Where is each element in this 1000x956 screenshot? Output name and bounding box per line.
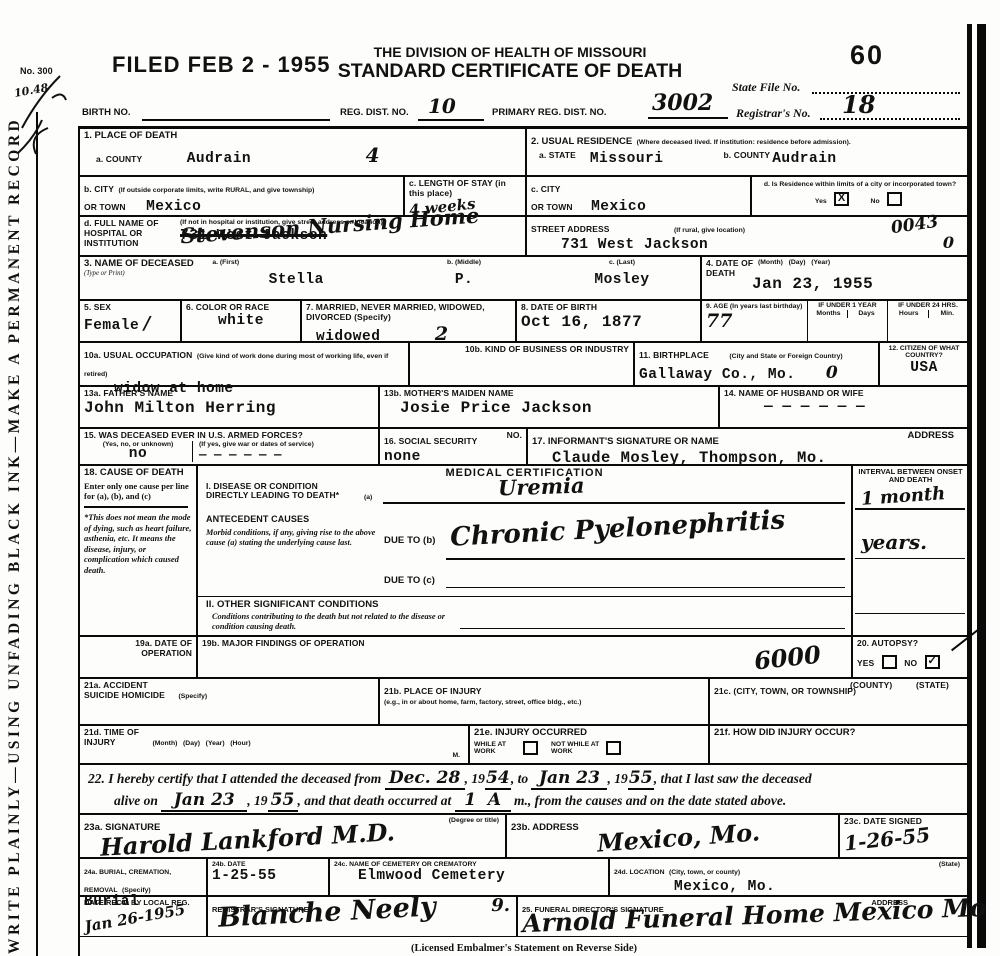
burial-location-cell: 24d. LOCATION (City, town, or county) (S… (610, 859, 968, 895)
primary-reg-label: PRIMARY REG. DIST. NO. (492, 108, 607, 119)
sex-mark-handwriting: / (144, 313, 151, 334)
row-16: DATE REC'D BY LOCAL REG. Jan 26-1955 REG… (80, 897, 968, 937)
certify-yr3: , 19 (247, 793, 267, 808)
accident-note: (Specify) (178, 693, 207, 700)
funeral-director-cell: 25. FUNERAL DIRECTOR'S SIGNATURE ADDRESS… (518, 897, 968, 936)
interval-a-line (855, 508, 965, 510)
certify-p4: alive on (114, 793, 158, 808)
due-to-c-tag: DUE TO (c) (384, 576, 435, 587)
registrar-signature-cell: REGISTRAR'S SIGNATURE Blanche Neely 9. (208, 897, 518, 936)
burial-location-label: 24d. LOCATION (614, 869, 664, 876)
citizen-cell: 12. CITIZEN OF WHAT COUNTRY? USA (880, 343, 968, 385)
row-1: 1. PLACE OF DEATH a. COUNTY Audrain 4 2.… (80, 129, 968, 177)
embalmer-statement: (Licensed Embalmer's Statement on Revers… (411, 943, 637, 954)
age-label: 9. AGE (In years last birthday) (706, 303, 803, 310)
time-of-injury-label: 21d. TIME OF INJURY (84, 728, 148, 748)
certify-yr2: , 19 (607, 771, 627, 786)
county-label: a. COUNTY (96, 154, 142, 164)
citizen-value: USA (884, 360, 964, 376)
certify-alive-year-handwriting: 55 (268, 790, 298, 812)
cemetery-value: Elmwood Cemetery (358, 868, 604, 884)
certification-statement: 22. I hereby certify that I attended the… (80, 765, 968, 815)
marital-code-handwriting: 2 (435, 323, 448, 345)
age-value-handwriting: 77 (706, 310, 732, 332)
state-file-line (812, 78, 960, 94)
injury-occurred-label: 21e. INJURY OCCURRED (474, 728, 704, 739)
certify-alive-handwriting: Jan 23 (161, 790, 247, 812)
place-of-death-county-cell: 1. PLACE OF DEATH a. COUNTY Audrain 4 (80, 129, 527, 175)
major-findings-label: 19b. MAJOR FINDINGS OF OPERATION (202, 639, 847, 649)
accident-suicide-homicide-cell: 21a. ACCIDENT SUICIDE HOMICIDE (Specify) (80, 679, 380, 724)
certificate-form: 1. PLACE OF DEATH a. COUNTY Audrain 4 2.… (78, 126, 968, 956)
disease-a-line (383, 502, 845, 504)
last-name-label: c. (Last) (548, 259, 696, 266)
burial-location-note: (City, town, or county) (669, 869, 740, 876)
place-city-note: (If outside corporate limits, write RURA… (118, 187, 314, 194)
race-label: 6. COLOR OR RACE (186, 303, 296, 313)
hours-label: Hours (890, 310, 929, 317)
margin-scribble-handwriting (8, 58, 78, 168)
middle-name-label: b. (Middle) (380, 259, 548, 266)
min-label: Min. (929, 310, 967, 317)
certify-p6: m., from the causes and on the date stat… (514, 793, 786, 808)
issuing-org: THE DIVISION OF HEALTH OF MISSOURI (300, 44, 720, 60)
cause-title: 18. CAUSE OF DEATH (84, 468, 192, 479)
morbid-note: Morbid conditions, if any, giving rise t… (206, 528, 378, 549)
name-of-deceased-cell: 3. NAME OF DECEASED (Type or Print) a. (… (80, 257, 702, 299)
date-signed-handwriting: 1-26-55 (843, 822, 931, 855)
row-3: d. FULL NAME OF HOSPITAL OR INSTITUTION … (80, 217, 968, 257)
street-address-label: STREET ADDRESS (531, 224, 610, 234)
margin-vertical-instruction: WRITE PLAINLY—USING UNFADING BLACK INK—M… (6, 112, 24, 954)
due-to-b-handwriting: Chronic Pyelonephritis (449, 505, 785, 553)
armed-forces-cell: 15. WAS DECEASED EVER IN U.S. ARMED FORC… (80, 429, 380, 464)
registrar-no-label: Registrar's No. (736, 106, 811, 121)
place-of-injury-cell: 21b. PLACE OF INJURY (e.g., in or about … (380, 679, 710, 724)
date-signed-cell: 23c. DATE SIGNED 1-26-55 (840, 815, 968, 857)
limits-yes-mark: X (838, 192, 845, 204)
days-label: Days (848, 310, 885, 317)
date-of-death-cell: 4. DATE OF DEATH (Month) (Day) (Year) Ja… (702, 257, 968, 299)
certify-p1: 22. I hereby certify that I attended the… (88, 771, 381, 786)
funeral-director-handwriting: Arnold Funeral Home Mexico Mo (522, 893, 987, 938)
right-rule-2 (977, 24, 986, 948)
registrar-signature-handwriting: Blanche Neely (217, 891, 436, 933)
place-of-injury-label: 21b. PLACE OF INJURY (384, 686, 482, 696)
address-label: 23b. ADDRESS (511, 822, 579, 833)
residence-or-town: OR TOWN (531, 202, 573, 212)
deceased-title: 3. NAME OF DECEASED (84, 259, 212, 270)
cemetery-cell: 24c. NAME OF CEMETERY OR CREMATORY Elmwo… (330, 859, 610, 895)
birthplace-cell: 11. BIRTHPLACE (City and State or Foreig… (635, 343, 880, 385)
birthplace-value: Gallaway Co., Mo. (639, 367, 795, 383)
row-8: 15. WAS DECEASED EVER IN U.S. ARMED FORC… (80, 429, 968, 466)
birthplace-note: (City and State or Foreign Country) (729, 353, 842, 360)
spouse-value: — — — — — — (764, 399, 964, 415)
injury-city-cell: 21c. (CITY, TOWN, OR TOWNSHIP) (COUNTY) … (710, 679, 968, 724)
date-received-cell: DATE REC'D BY LOCAL REG. Jan 26-1955 (80, 897, 208, 936)
county-value: Audrain (187, 151, 251, 167)
physician-address-handwriting: Mexico, Mo. (596, 817, 761, 857)
first-name-value: Stella (212, 272, 380, 288)
row-2: b. CITY (If outside corporate limits, wr… (80, 177, 968, 217)
reg-dist-line (418, 119, 484, 121)
sex-value: Female (84, 318, 139, 334)
row-14: 23a. SIGNATURE (Degree or title) Harold … (80, 815, 968, 859)
death-certificate-scan: { "margin": { "vertical_text": "WRITE PL… (0, 0, 1000, 956)
mother-cell: 13b. MOTHER'S MAIDEN NAME Josie Price Ja… (380, 387, 720, 427)
certify-p3: , that I last saw the deceased (654, 771, 812, 786)
spouse-label: 14. NAME OF HUSBAND OR WIFE (724, 389, 964, 399)
age-cell: 9. AGE (In years last birthday) 77 (702, 301, 808, 341)
ssn-label: 16. SOCIAL SECURITY (384, 436, 477, 446)
birthplace-code-handwriting: 0 (826, 363, 838, 383)
informant-value: Claude Mosley, Thompson, Mo. (552, 449, 964, 467)
row-15: 24a. BURIAL, CREMATION, REMOVAL (Specify… (80, 859, 968, 897)
section-ii-divider (198, 596, 853, 597)
interval-c-line (855, 613, 965, 614)
burial-location-state: (State) (939, 861, 960, 868)
how-injury-occurred-label: 21f. HOW DID INJURY OCCUR? (714, 728, 964, 739)
father-value: John Milton Herring (84, 399, 374, 417)
residence-county-value: Audrain (772, 151, 836, 167)
marital-cell: 7. MARRIED, NEVER MARRIED, WIDOWED, DIVO… (302, 301, 517, 341)
usual-residence-cell: 2. USUAL RESIDENCE (Where deceased lived… (527, 129, 968, 175)
certify-p2: , to (511, 771, 528, 786)
occupation-cell: 10a. USUAL OCCUPATION (Give kind of work… (80, 343, 410, 385)
residence-limits-label: d. Is Residence within limits of a city … (756, 181, 964, 188)
autopsy-yes-label: YES (857, 658, 874, 668)
other-conditions-note: Conditions contributing to the death but… (212, 612, 452, 633)
usual-residence-note: (Where deceased lived. If institution: r… (637, 139, 851, 146)
autopsy-label: 20. AUTOPSY? (857, 639, 964, 649)
certify-p5: , and that death occurred at (298, 793, 452, 808)
place-or-town: OR TOWN (84, 202, 126, 212)
burial-date-value: 1-25-55 (212, 868, 324, 884)
certify-to-handwriting: Jan 23 (531, 768, 607, 790)
while-at-work-checkbox (523, 741, 538, 755)
certify-time-handwriting: 1 A (455, 790, 511, 812)
age-under-year-cell: IF UNDER 1 YEAR Months Days (808, 301, 888, 341)
residence-limits-cell: d. Is Residence within limits of a city … (752, 177, 968, 215)
birthplace-label: 11. BIRTHPLACE (639, 350, 709, 360)
birth-date-label: 8. DATE OF BIRTH (521, 303, 696, 313)
birth-date-value: Oct 16, 1877 (521, 313, 696, 331)
reg-dist-label: REG. DIST. NO. (340, 108, 409, 119)
registrar-signature-mark: 9. (491, 895, 510, 916)
date-of-death-value: Jan 23, 1955 (752, 275, 964, 293)
time-of-injury-cell: 21d. TIME OF INJURY (Month) (Day) (Year)… (80, 726, 470, 763)
primary-reg-line (648, 117, 728, 119)
row-6: 10a. USUAL OCCUPATION (Give kind of work… (80, 343, 968, 387)
reg-dist-no-handwriting: 10 (428, 94, 456, 118)
months-label: Months (810, 310, 848, 317)
row-5: 5. SEX Female / 6. COLOR OR RACE white 7… (80, 301, 968, 343)
residence-city-label: c. CITY (531, 184, 561, 194)
row-7: 13a. FATHER'S NAME John Milton Herring 1… (80, 387, 968, 429)
injury-occurred-cell: 21e. INJURY OCCURRED WHILE AT WORK NOT W… (470, 726, 710, 763)
street-address-cell: STREET ADDRESS (If rural, give location)… (527, 217, 968, 255)
informant-label: 17. INFORMANT'S SIGNATURE OR NAME (532, 436, 719, 447)
interval-b-line (855, 558, 965, 559)
registrar-no-line (820, 104, 960, 120)
race-cell: 6. COLOR OR RACE white (182, 301, 302, 341)
citizen-label: 12. CITIZEN OF WHAT COUNTRY? (884, 345, 964, 360)
sex-label: 5. SEX (84, 303, 176, 313)
limits-no-label: No (871, 198, 880, 205)
certify-from-handwriting: Dec. 28 (385, 768, 465, 790)
occupation-label: 10a. USUAL OCCUPATION (84, 350, 192, 360)
interval-a-handwriting: 1 month (860, 483, 946, 510)
cause-instruction: Enter only one cause per line for (a), (… (84, 481, 192, 501)
armed-forces-label: 15. WAS DECEASED EVER IN U.S. ARMED FORC… (84, 431, 374, 441)
other-conditions-line (460, 628, 845, 629)
place-city-cell: b. CITY (If outside corporate limits, wr… (80, 177, 405, 215)
armed-forces-value1: no (84, 446, 192, 462)
while-at-work-label: WHILE AT WORK (474, 741, 520, 756)
row-10: 19a. DATE OF OPERATION 19b. MAJOR FINDIN… (80, 637, 968, 679)
deceased-subtitle: (Type or Print) (84, 270, 212, 277)
hospital-label: d. FULL NAME OF HOSPITAL OR INSTITUTION (84, 219, 180, 248)
informant-address-label: ADDRESS (908, 431, 954, 442)
father-label: 13a. FATHER'S NAME (84, 389, 374, 399)
street-code-handwriting-2: 0 (943, 233, 954, 252)
birth-date-cell: 8. DATE OF BIRTH Oct 16, 1877 (517, 301, 702, 341)
due-to-c-line (446, 587, 845, 588)
ssn-value: none (384, 449, 522, 465)
cause-footnote: *This does not mean the mode of dying, s… (84, 512, 192, 576)
physician-address-cell: 23b. ADDRESS Mexico, Mo. (507, 815, 840, 857)
burial-cell: 24a. BURIAL, CREMATION, REMOVAL (Specify… (80, 859, 208, 895)
burial-note: (Specify) (122, 887, 151, 894)
disease-a-tag: (a) (364, 494, 372, 501)
date-of-operation-cell: 19a. DATE OF OPERATION (80, 637, 198, 677)
cause-of-death-instructions-cell: 18. CAUSE OF DEATH Enter only one cause … (80, 466, 198, 635)
major-findings-handwriting: 6000 (753, 640, 822, 676)
race-value: white (186, 313, 296, 329)
injury-state-label: (STATE) (916, 681, 949, 691)
under-year-label: IF UNDER 1 YEAR (810, 302, 885, 309)
ssn-label2: NO. (507, 431, 522, 441)
residence-state-label: a. STATE (539, 151, 576, 167)
residence-state-value: Missouri (590, 151, 664, 167)
residence-city-value: Mexico (591, 199, 646, 215)
spouse-cell: 14. NAME OF HUSBAND OR WIFE — — — — — — (720, 387, 968, 427)
not-while-at-work-label: NOT WHILE AT WORK (551, 741, 603, 756)
certify-from-year-handwriting: 54 (485, 768, 511, 790)
row-11: 21a. ACCIDENT SUICIDE HOMICIDE (Specify)… (80, 679, 968, 726)
physician-signature-cell: 23a. SIGNATURE (Degree or title) Harold … (80, 815, 507, 857)
residence-city-cell: c. CITY OR TOWN Mexico (527, 177, 752, 215)
hospital-cell: d. FULL NAME OF HOSPITAL OR INSTITUTION … (80, 217, 527, 255)
row-9: 18. CAUSE OF DEATH Enter only one cause … (80, 466, 968, 637)
residence-county-label: b. COUNTY (723, 151, 770, 167)
age-under-day-cell: IF UNDER 24 HRS. Hours Min. (888, 301, 968, 341)
county-code-handwriting: 4 (366, 143, 380, 167)
last-name-value: Mosley (548, 272, 696, 288)
armed-forces-note2: (If yes, give war or dates of service) (199, 441, 314, 448)
usual-residence-title: 2. USUAL RESIDENCE (531, 136, 632, 147)
informant-cell: 17. INFORMANT'S SIGNATURE OR NAME ADDRES… (528, 429, 968, 464)
injury-county-label: (COUNTY) (850, 681, 892, 691)
disease-a-handwriting: Uremia (498, 472, 585, 500)
interval-b-handwriting: years. (861, 530, 927, 554)
footer-strip: (Licensed Embalmer's Statement on Revers… (80, 937, 968, 956)
burial-date-label: 24b. DATE (212, 861, 324, 868)
autopsy-no-mark: ✓ (928, 655, 937, 667)
interval-label: INTERVAL BETWEEN ONSET AND DEATH (857, 468, 964, 485)
street-address-note: (If rural, give location) (674, 227, 745, 234)
how-injury-occurred-cell: 21f. HOW DID INJURY OCCUR? (710, 726, 968, 763)
row-4: 3. NAME OF DECEASED (Type or Print) a. (… (80, 257, 968, 301)
limits-no-checkbox (887, 192, 902, 206)
interval-cell: INTERVAL BETWEEN ONSET AND DEATH 1 month… (853, 466, 968, 635)
degree-title-note: (Degree or title) (449, 817, 499, 824)
sex-cell: 5. SEX Female / (80, 301, 182, 341)
limits-yes-label: Yes (815, 198, 827, 205)
primary-reg-no-handwriting: 3002 (652, 90, 713, 116)
mother-value: Josie Price Jackson (400, 399, 714, 417)
medical-certification-cell: MEDICAL CERTIFICATION I. DISEASE OR COND… (198, 466, 853, 635)
father-cell: 13a. FATHER'S NAME John Milton Herring (80, 387, 380, 427)
place-city-value: Mexico (146, 199, 201, 215)
due-to-b-tag: DUE TO (b) (384, 536, 436, 547)
time-of-injury-m: M. (452, 752, 460, 759)
place-city-label: b. CITY (84, 184, 114, 194)
birth-no-line (142, 119, 330, 121)
ssn-cell: 16. SOCIAL SECURITY NO. none (380, 429, 528, 464)
under-day-label: IF UNDER 24 HRS. (890, 302, 966, 309)
state-file-label: State File No. (732, 80, 800, 95)
date-of-death-label: 4. DATE OF DEATH (706, 259, 758, 279)
burial-date-cell: 24b. DATE 1-25-55 (208, 859, 330, 895)
disease-label-2: DIRECTLY LEADING TO DEATH* (206, 491, 339, 501)
injury-city-label: 21c. (CITY, TOWN, OR TOWNSHIP) (714, 686, 856, 696)
state-file-number: 60 (850, 40, 884, 71)
date-of-operation-label: 19a. DATE OF OPERATION (84, 639, 192, 659)
not-while-at-work-checkbox (606, 741, 621, 755)
place-of-death-title: 1. PLACE OF DEATH (84, 131, 521, 142)
marital-label: 7. MARRIED, NEVER MARRIED, WIDOWED, DIVO… (306, 303, 511, 323)
birth-no-label: BIRTH NO. (82, 108, 131, 119)
due-to-b-line (446, 558, 845, 560)
armed-forces-value2: — — — — — — (199, 448, 314, 462)
first-name-label: a. (First) (212, 259, 380, 266)
place-of-injury-note: (e.g., in or about home, farm, factory, … (384, 699, 704, 706)
certify-to-year-handwriting: 55 (628, 768, 654, 790)
autopsy-cell: 20. AUTOPSY? YES NO ✓ (853, 637, 968, 677)
middle-name-value: P. (380, 272, 548, 288)
street-address-value: 731 West Jackson (561, 237, 964, 253)
other-conditions-label: II. OTHER SIGNIFICANT CONDITIONS (206, 600, 379, 611)
antecedent-label: ANTECEDENT CAUSES (206, 514, 309, 524)
row-12: 21d. TIME OF INJURY (Month) (Day) (Year)… (80, 726, 968, 765)
mother-label: 13b. MOTHER'S MAIDEN NAME (384, 389, 714, 399)
time-of-injury-cols: (Month) (Day) (Year) (Hour) (152, 740, 250, 747)
business-label: 10b. KIND OF BUSINESS OR INDUSTRY (414, 345, 629, 355)
certificate-title: STANDARD CERTIFICATE OF DEATH (280, 60, 740, 83)
cemetery-label: 24c. NAME OF CEMETERY OR CREMATORY (334, 861, 604, 868)
limits-yes-checkbox: X (834, 192, 849, 206)
accident-label: 21a. ACCIDENT SUICIDE HOMICIDE (84, 681, 174, 701)
margin-rule (36, 112, 38, 956)
major-findings-cell: 19b. MAJOR FINDINGS OF OPERATION 6000 (198, 637, 853, 677)
autopsy-yes-checkbox (882, 655, 897, 669)
certify-yr1: , 19 (465, 771, 485, 786)
autopsy-no-checkbox: ✓ (925, 655, 940, 669)
burial-location-value: Mexico, Mo. (674, 879, 964, 895)
business-cell: 10b. KIND OF BUSINESS OR INDUSTRY (410, 343, 635, 385)
autopsy-no-label: NO (904, 658, 917, 668)
